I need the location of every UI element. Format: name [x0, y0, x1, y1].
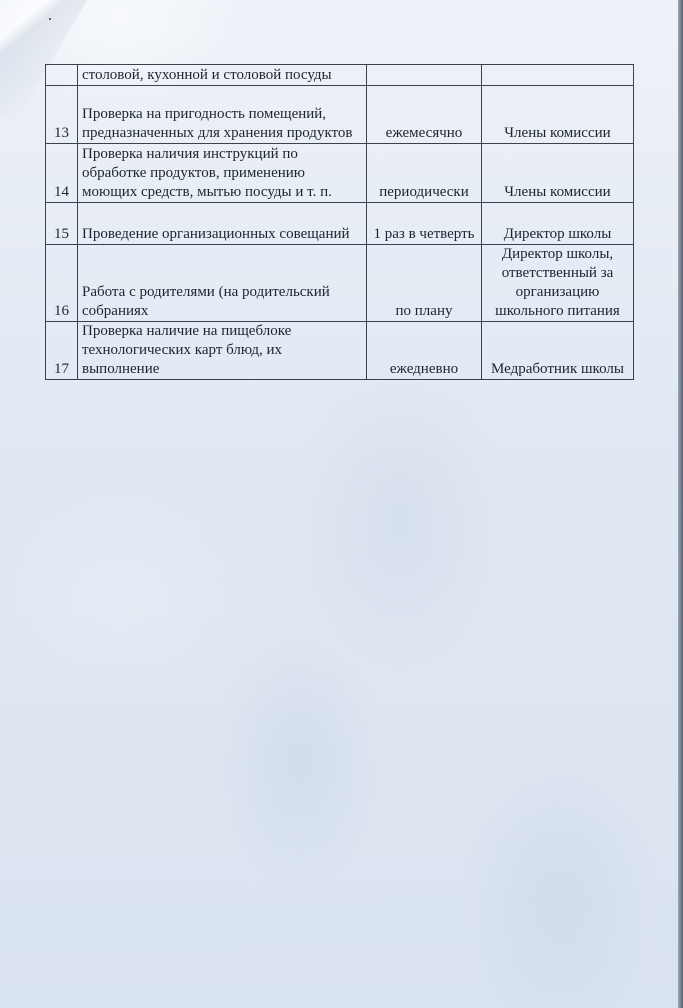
- row-responsible: Директор школы, ответственный за организ…: [482, 245, 634, 322]
- table-row: 14 Проверка наличия инструкций по обрабо…: [46, 144, 634, 203]
- ink-dot: [49, 18, 51, 20]
- plan-table: столовой, кухонной и столовой посуды 13 …: [45, 64, 634, 380]
- table-row: 13 Проверка на пригодность помещений, пр…: [46, 86, 634, 144]
- row-responsible: Директор школы: [482, 203, 634, 245]
- row-frequency: ежедневно: [367, 322, 482, 380]
- row-responsible: [482, 65, 634, 86]
- row-responsible: Члены комиссии: [482, 144, 634, 203]
- paper-sheet: столовой, кухонной и столовой посуды 13 …: [0, 0, 678, 1008]
- row-frequency: 1 раз в четверть: [367, 203, 482, 245]
- row-frequency: по плану: [367, 245, 482, 322]
- row-description: Проверка наличия инструкций по обработке…: [78, 144, 367, 203]
- table-row: 15 Проведение организационных совещаний …: [46, 203, 634, 245]
- row-number: [46, 65, 78, 86]
- row-number: 17: [46, 322, 78, 380]
- row-description: Работа с родителями (на родительский соб…: [78, 245, 367, 322]
- row-responsible: Члены комиссии: [482, 86, 634, 144]
- row-number: 14: [46, 144, 78, 203]
- table-row: столовой, кухонной и столовой посуды: [46, 65, 634, 86]
- row-frequency: периодически: [367, 144, 482, 203]
- row-number: 13: [46, 86, 78, 144]
- row-responsible: Медработник школы: [482, 322, 634, 380]
- row-frequency: [367, 65, 482, 86]
- row-description: Проверка на пригодность помещений, предн…: [78, 86, 367, 144]
- table-row: 17 Проверка наличие на пищеблоке техноло…: [46, 322, 634, 380]
- row-description: Проведение организационных совещаний: [78, 203, 367, 245]
- row-number: 16: [46, 245, 78, 322]
- row-description: столовой, кухонной и столовой посуды: [78, 65, 367, 86]
- table-row: 16 Работа с родителями (на родительский …: [46, 245, 634, 322]
- row-description: Проверка наличие на пищеблоке технологич…: [78, 322, 367, 380]
- row-number: 15: [46, 203, 78, 245]
- page-edge-shadow: [678, 0, 683, 1008]
- row-frequency: ежемесячно: [367, 86, 482, 144]
